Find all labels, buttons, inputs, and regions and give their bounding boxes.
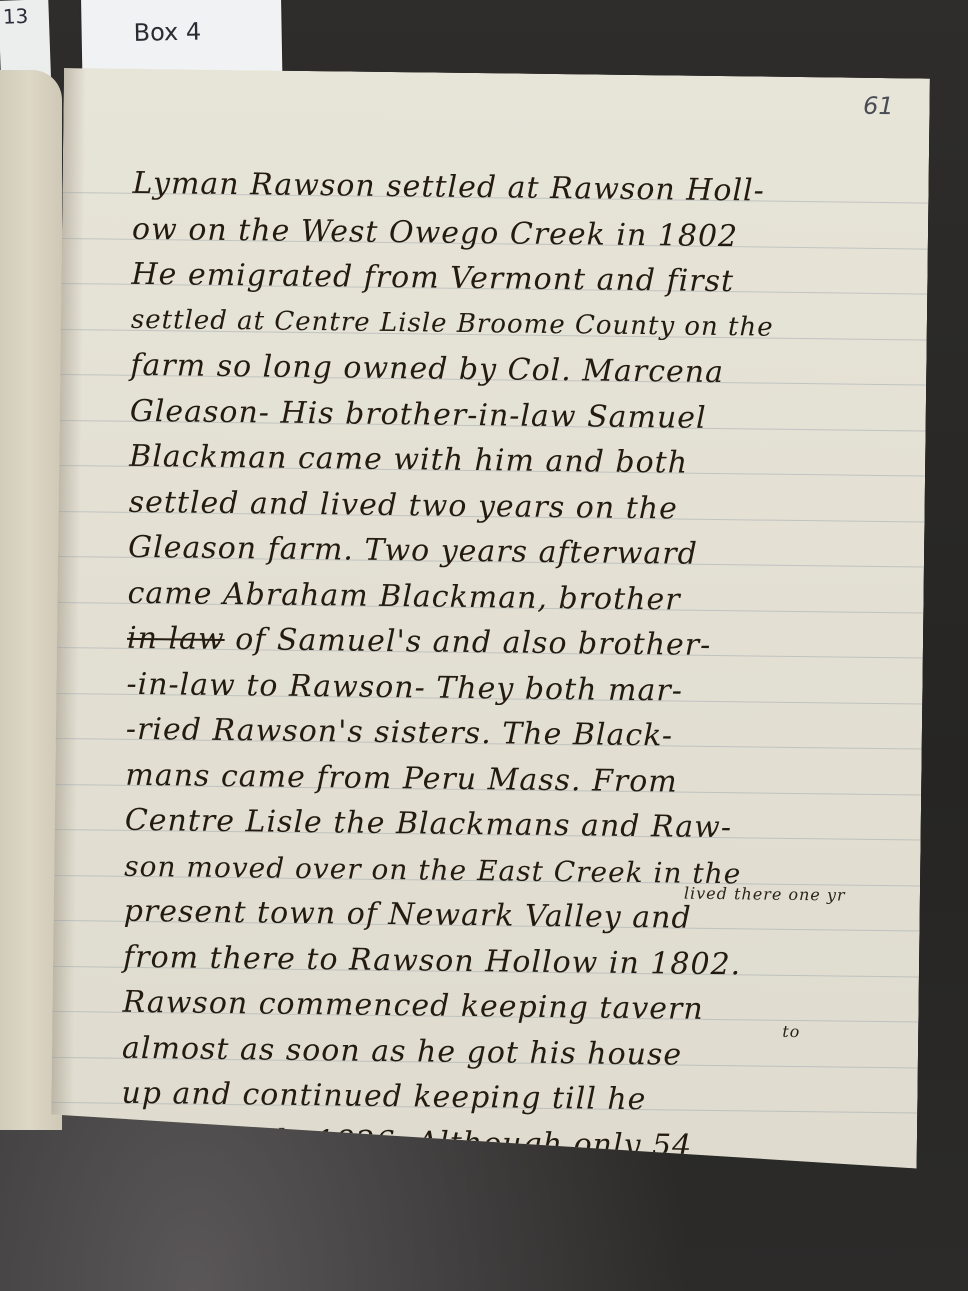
tag-number: 13 xyxy=(2,4,28,29)
text-line-content: almost as soon as he got his house xyxy=(122,1030,683,1072)
page-number: 61 xyxy=(863,92,894,120)
handwritten-text: Lyman Rawson settled at Rawson Holl- ow … xyxy=(120,161,899,1262)
text-line-content: present town of Newark Valley and xyxy=(123,894,691,936)
notebook-page: 61 Lyman Rawson settled at Rawson Holl- … xyxy=(51,68,930,1168)
left-page-edge xyxy=(0,70,62,1130)
text-line-content: of Samuel's and also brother- xyxy=(235,622,711,663)
box-label: Box 4 xyxy=(133,18,201,47)
interlinear-insertion: to xyxy=(782,1023,800,1039)
struck-text: in law xyxy=(127,621,225,657)
interlinear-insertion: lived there one yr xyxy=(684,886,846,904)
